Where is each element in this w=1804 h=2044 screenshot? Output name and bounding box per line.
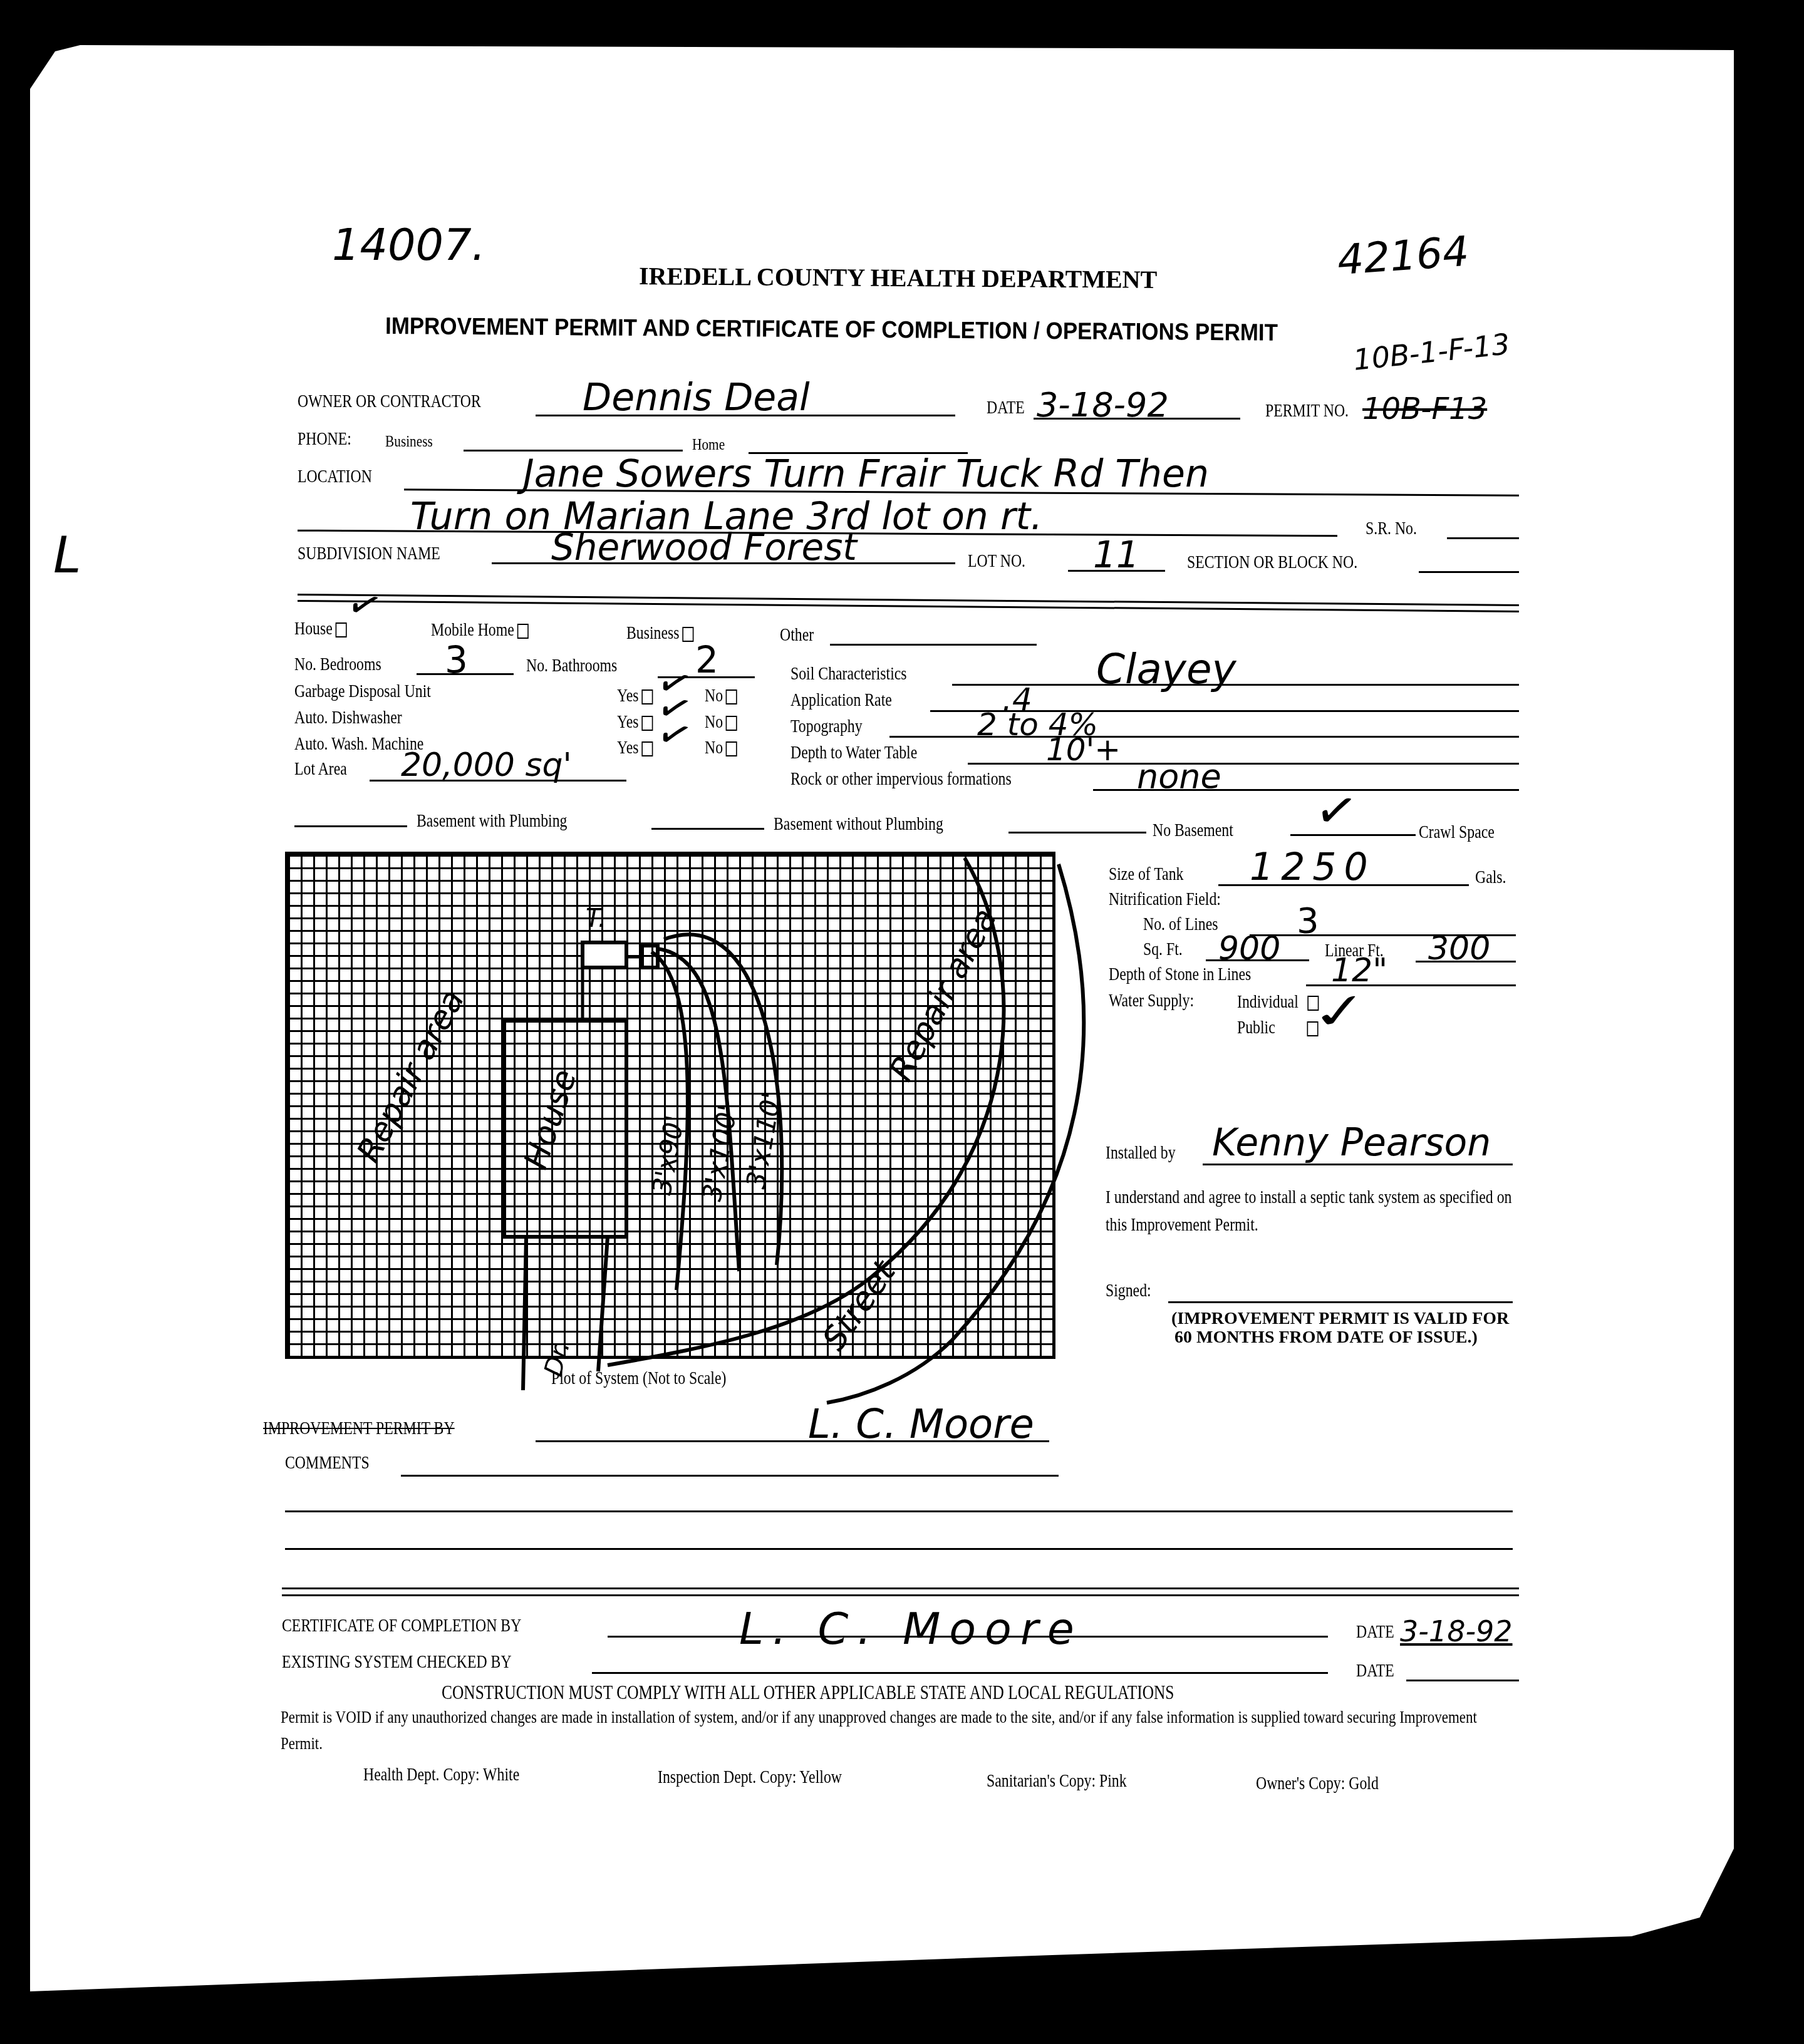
house-label: House [517, 1065, 584, 1174]
basement-with-blank[interactable] [294, 825, 407, 827]
mobile-home-option[interactable]: Mobile Home [431, 620, 529, 641]
sqft-label: Sq. Ft. [1143, 939, 1183, 960]
permit-no-label: PERMIT NO. [1265, 401, 1349, 421]
water-public-option[interactable]: Public [1237, 1018, 1319, 1038]
driveway-left [523, 1237, 526, 1390]
appliance-dishwasher-no[interactable]: No [705, 712, 737, 733]
subdivision-label: SUBDIVISION NAME [298, 544, 440, 564]
house-option[interactable]: House [294, 619, 347, 639]
house-label: House [294, 619, 333, 639]
copy-owner: Owner's Copy: Gold [1256, 1773, 1379, 1794]
repair-area-left-label: Repair area [350, 984, 472, 1169]
phone-label: PHONE: [298, 429, 351, 450]
lines-label: No. of Lines [1143, 914, 1218, 935]
soil-label: Soil Characteristics [791, 664, 907, 684]
installed-by-label: Installed by [1106, 1143, 1176, 1164]
other-label: Other [780, 625, 814, 646]
owner-field[interactable]: Dennis Deal [583, 376, 810, 420]
phone-home-label: Home [692, 435, 725, 454]
improvement-by-label: IMPROVEMENT PERMIT BY [263, 1418, 455, 1439]
owner-label: OWNER OR CONTRACTOR [298, 391, 481, 412]
other-field[interactable] [830, 644, 1037, 646]
linear-ft-field[interactable]: 300 [1428, 930, 1490, 968]
crawl-space-check-mark-icon: ✓ [1312, 783, 1362, 839]
section-field[interactable] [1419, 571, 1519, 573]
appliance-garbage-label: Garbage Disposal Unit [294, 681, 431, 702]
water-table-label: Depth to Water Table [791, 743, 917, 763]
basement-without-blank[interactable] [651, 828, 764, 830]
comments-line-2[interactable] [285, 1510, 1513, 1512]
certificate-label: CERTIFICATE OF COMPLETION BY [282, 1616, 521, 1636]
location-field-line1[interactable]: Jane Sowers Turn Frair Tuck Rd Then [523, 452, 1209, 496]
business-option[interactable]: Business [626, 623, 694, 644]
certificate-field[interactable]: L. C. Moore [739, 1603, 1083, 1654]
lower-separator-top [282, 1587, 1519, 1589]
appliance-garbage-yes[interactable]: Yes [617, 686, 653, 706]
appliance-washer-yes[interactable]: Yes [617, 738, 653, 758]
sr-no-field[interactable] [1447, 537, 1519, 539]
individual-label: Individual [1237, 992, 1299, 1012]
void-notice: Permit is VOID if any unauthorized chang… [281, 1705, 1513, 1757]
lot-no-field[interactable]: 11 [1093, 534, 1139, 576]
trench-2-label: 3'x100' [697, 1103, 744, 1204]
business-checkbox[interactable] [682, 627, 693, 642]
house-checkbox[interactable] [336, 622, 347, 637]
installed-by-field[interactable]: Kenny Pearson [1212, 1121, 1491, 1165]
no-basement-label: No Basement [1153, 820, 1233, 841]
plot-sketch: Repair area Repair area House T. 3'x90' … [276, 839, 1102, 1403]
no-checkbox[interactable] [726, 741, 737, 756]
improvement-by-field[interactable]: L. C. Moore [808, 1401, 1034, 1448]
lot-area-field[interactable]: 20,000 sq' [401, 746, 572, 784]
tank-unit-label: Gals. [1475, 867, 1506, 888]
existing-date-label: DATE [1356, 1661, 1394, 1681]
public-check-mark-icon: ✓ [1307, 984, 1373, 1038]
mobile-home-label: Mobile Home [431, 620, 514, 640]
app-rate-label: Application Rate [791, 690, 892, 711]
no-checkbox[interactable] [726, 689, 737, 705]
copy-sanitarian: Sanitarian's Copy: Pink [987, 1771, 1127, 1792]
bedrooms-field[interactable]: 3 [445, 639, 468, 681]
tank-size-field[interactable]: 1250 [1250, 845, 1376, 889]
signed-field[interactable] [1168, 1301, 1513, 1303]
bedrooms-label: No. Bedrooms [294, 654, 381, 675]
no-checkbox[interactable] [726, 716, 737, 731]
phone-business-label: Business [385, 432, 433, 451]
copy-health: Health Dept. Copy: White [363, 1765, 519, 1785]
crawl-space-label: Crawl Space [1419, 822, 1495, 843]
comments-line-3[interactable] [285, 1548, 1513, 1550]
validity-line1: (IMPROVEMENT PERMIT IS VALID FOR [1171, 1309, 1509, 1329]
agency-title: IREDELL COUNTY HEALTH DEPARTMENT [639, 261, 1158, 294]
phone-business-field[interactable] [464, 450, 683, 452]
business-label: Business [626, 623, 680, 643]
existing-label: EXISTING SYSTEM CHECKED BY [282, 1652, 512, 1673]
rock-label: Rock or other impervious formations [791, 769, 1012, 790]
copy-inspection: Inspection Dept. Copy: Yellow [658, 1767, 842, 1788]
sqft-field[interactable]: 900 [1218, 930, 1280, 968]
lower-separator-bottom [282, 1594, 1519, 1596]
topography-label: Topography [791, 716, 863, 737]
basement-with-label: Basement with Plumbing [417, 811, 567, 832]
existing-date-field[interactable] [1406, 1680, 1519, 1681]
section-label: SECTION OR BLOCK NO. [1187, 552, 1357, 573]
margin-mark: L [53, 526, 81, 584]
mobile-home-checkbox[interactable] [517, 624, 529, 639]
appliance-dishwasher-label: Auto. Dishwasher [294, 708, 402, 728]
permit-no-field[interactable]: 10B-F13 [1362, 391, 1487, 426]
no-label: No [705, 686, 723, 706]
comments-field[interactable] [401, 1475, 1059, 1477]
location-label: LOCATION [298, 467, 372, 487]
water-table-field[interactable]: 10'+ [1046, 731, 1121, 768]
no-label: No [705, 738, 723, 758]
subdivision-field[interactable]: Sherwood Forest [551, 526, 857, 569]
lines-field[interactable]: 3 [1297, 901, 1319, 941]
soil-field[interactable]: Clayey [1096, 645, 1236, 693]
yes-label: Yes [617, 686, 639, 706]
nitrification-label: Nitrification Field: [1109, 889, 1221, 910]
street-arc-inner [608, 858, 1003, 1365]
plot-caption: Plot of System (Not to Scale) [551, 1368, 726, 1389]
no-label: No [705, 712, 723, 732]
repair-area-right-label: Repair area [883, 902, 1005, 1087]
page-edge-line [1734, 50, 1736, 1678]
appliance-washer-no[interactable]: No [705, 738, 737, 758]
driveway-right [598, 1237, 608, 1371]
date-field[interactable]: 3-18-92 [1037, 385, 1169, 425]
date-label: DATE [987, 398, 1025, 418]
rock-field[interactable]: none [1137, 756, 1221, 796]
validity-line2: 60 MONTHS FROM DATE OF ISSUE.) [1174, 1328, 1478, 1348]
installer-agreement: I understand and agree to install a sept… [1106, 1184, 1516, 1239]
comments-label: COMMENTS [285, 1453, 370, 1474]
lot-no-label: LOT NO. [968, 551, 1025, 572]
yes-label: Yes [617, 712, 639, 732]
water-supply-label: Water Supply: [1109, 991, 1194, 1011]
tank-size-label: Size of Tank [1109, 864, 1183, 885]
bathrooms-field[interactable]: 2 [695, 639, 718, 681]
certificate-date-field[interactable]: 3-18-92 [1400, 1614, 1513, 1648]
existing-field[interactable] [592, 1672, 1328, 1674]
stone-depth-label: Depth of Stone in Lines [1109, 964, 1251, 985]
bathrooms-label: No. Bathrooms [526, 656, 617, 676]
compliance-notice: CONSTRUCTION MUST COMPLY WITH ALL OTHER … [442, 1681, 1174, 1704]
basement-without-label: Basement without Plumbing [774, 814, 943, 835]
certificate-date-label: DATE [1356, 1622, 1394, 1643]
lot-area-label: Lot Area [294, 759, 347, 780]
corner-note-right: 42164 [1336, 227, 1471, 284]
tank-outline [583, 942, 626, 968]
appliance-dishwasher-yes[interactable]: Yes [617, 712, 653, 733]
public-label: Public [1237, 1018, 1275, 1038]
appliance-garbage-no[interactable]: No [705, 686, 737, 706]
water-individual-option[interactable]: Individual [1237, 992, 1319, 1013]
sr-no-label: S.R. No. [1366, 519, 1417, 539]
corner-note-left: 14007. [332, 219, 485, 271]
signed-label: Signed: [1106, 1281, 1151, 1301]
tank-label: T. [586, 904, 606, 933]
yes-label: Yes [617, 738, 639, 758]
no-basement-blank[interactable] [1008, 832, 1146, 834]
